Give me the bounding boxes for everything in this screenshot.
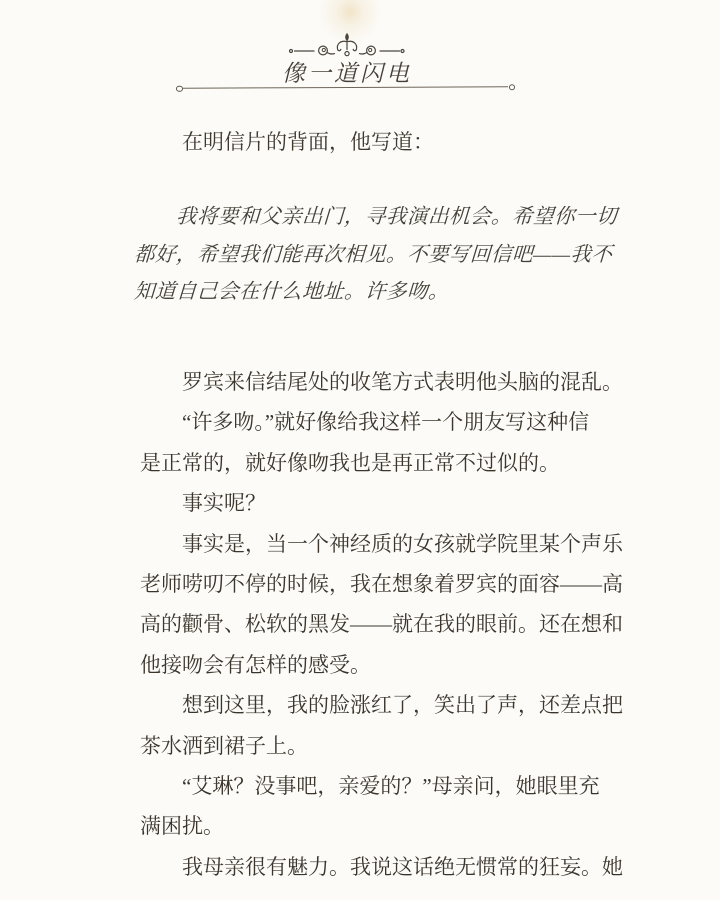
- body-line: 想到这里，我的脸涨红了，笑出了声，还差点把: [140, 685, 623, 725]
- header-divider: [183, 86, 508, 88]
- body-line: 是正常的，就好像吻我也是再正常不过似的。: [140, 443, 623, 483]
- letter-line: 都好，希望我们能再次相见。不要写回信吧——我不: [133, 237, 618, 275]
- letter-line: 知道自己会在什么地址。许多吻。: [133, 274, 618, 312]
- body-line: “许多吻。”就好像给我这样一个朋友写这种信: [140, 402, 623, 442]
- body-text: 罗宾来信结尾处的收笔方式表明他头脑的混乱。 “许多吻。”就好像给我这样一个朋友写…: [140, 362, 623, 887]
- body-line: 满困扰。: [140, 806, 623, 846]
- body-line: 事实是，当一个神经质的女孩就学院里某个声乐: [140, 524, 623, 564]
- divider-end-dot-right: [508, 84, 515, 91]
- book-page: 像一道闪电 在明信片的背面，他写道： 我将要和父亲出门，寻我演出机会。希望你一切…: [0, 0, 720, 900]
- body-line: 茶水洒到裙子上。: [140, 726, 623, 766]
- body-line: 罗宾来信结尾处的收笔方式表明他头脑的混乱。: [140, 362, 623, 402]
- body-line: 老师唠叨不停的时候，我在想象着罗宾的面容——高: [140, 564, 623, 604]
- body-line: 他接吻会有怎样的感受。: [140, 645, 623, 685]
- letter-quote: 我将要和父亲出门，寻我演出机会。希望你一切 都好，希望我们能再次相见。不要写回信…: [134, 199, 617, 312]
- letter-line: 我将要和父亲出门，寻我演出机会。希望你一切: [133, 199, 618, 237]
- intro-paragraph: 在明信片的背面，他写道：: [140, 122, 434, 162]
- body-line: 事实呢？: [140, 483, 623, 523]
- body-line: “艾琳？没事吧，亲爱的？”母亲问，她眼里充: [140, 766, 623, 806]
- body-line: 我母亲很有魅力。我说这话绝无惯常的狂妄。她: [140, 847, 623, 887]
- body-line: 高的颧骨、松软的黑发——就在我的眼前。还在想和: [140, 604, 623, 644]
- chapter-title: 像一道闪电: [0, 55, 707, 88]
- divider-end-dot-left: [176, 85, 183, 92]
